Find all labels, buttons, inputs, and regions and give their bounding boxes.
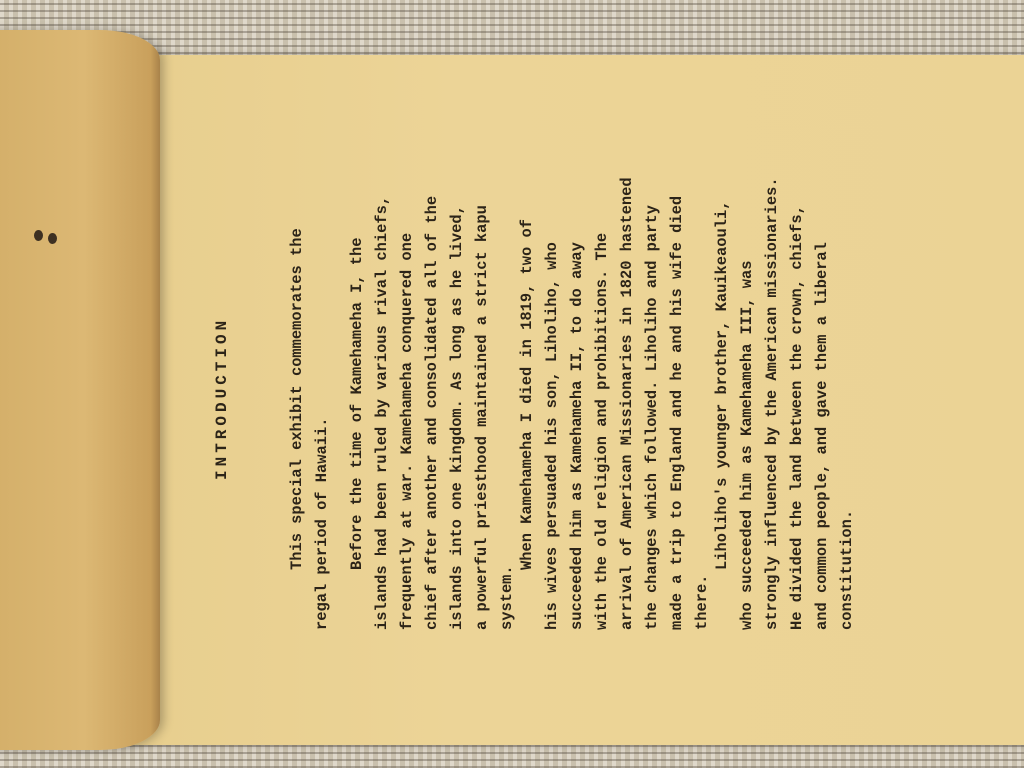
paragraph-4: Liholiho's younger brother, Kauikeaouli,… bbox=[710, 160, 860, 630]
booklet-left-page bbox=[0, 30, 160, 750]
punch-hole-icon bbox=[34, 230, 43, 241]
paragraph-2: Before the time of Kamehameha I, the isl… bbox=[345, 160, 520, 630]
punch-hole-icon bbox=[48, 233, 57, 244]
paragraph-1: This special exhibit commemorates the re… bbox=[285, 160, 335, 630]
rotated-text-block: INTRODUCTION This special exhibit commem… bbox=[200, 150, 840, 650]
paragraph-3: When Kamehameha I died in 1819, two of h… bbox=[515, 160, 715, 630]
page-title: INTRODUCTION bbox=[210, 317, 235, 480]
